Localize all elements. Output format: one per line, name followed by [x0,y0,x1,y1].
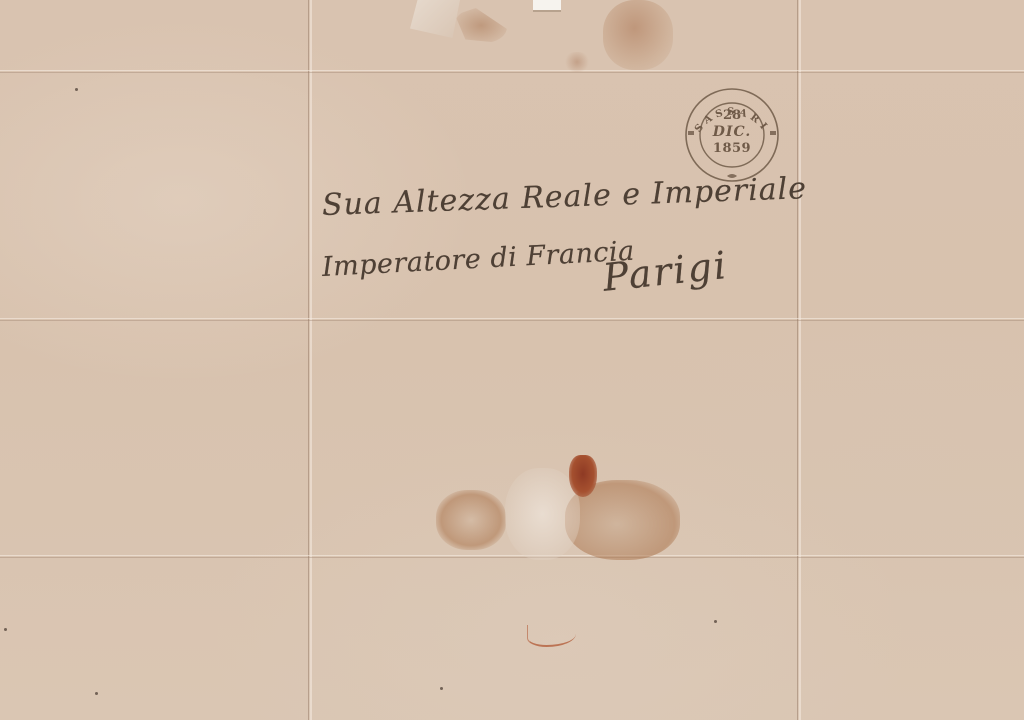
postmark-month: DIC. [683,124,781,140]
address-line-recipient: Imperatore di Francia [321,236,635,283]
red-wax-remnant [569,455,597,497]
speck [75,88,78,91]
foxing-stain [603,0,673,70]
vertical-fold-left [308,0,312,720]
speck [4,628,7,631]
postmark: SASSARI 28 DIC. 1859 [683,86,781,184]
paper-tear [410,0,460,38]
postmark-day: 28 [683,108,781,123]
address-line-title: Sua Altezza Reale e Imperiale [321,171,807,223]
vertical-fold-right [797,0,801,720]
postmark-year: 1859 [683,141,781,156]
paper-notch [533,0,561,12]
horizontal-fold-middle [0,318,1024,322]
wax-seal-residue [436,490,506,550]
horizontal-fold-bottom [0,555,1024,559]
foxing-stain [455,8,507,43]
speck [440,687,443,690]
speck [95,692,98,695]
horizontal-fold-top [0,70,1024,74]
letter-sheet: SASSARI 28 DIC. 1859 Sua Altezza Reale e… [0,0,1024,720]
stain-mark [527,625,576,647]
speck [714,620,717,623]
foxing-stain [565,52,589,72]
